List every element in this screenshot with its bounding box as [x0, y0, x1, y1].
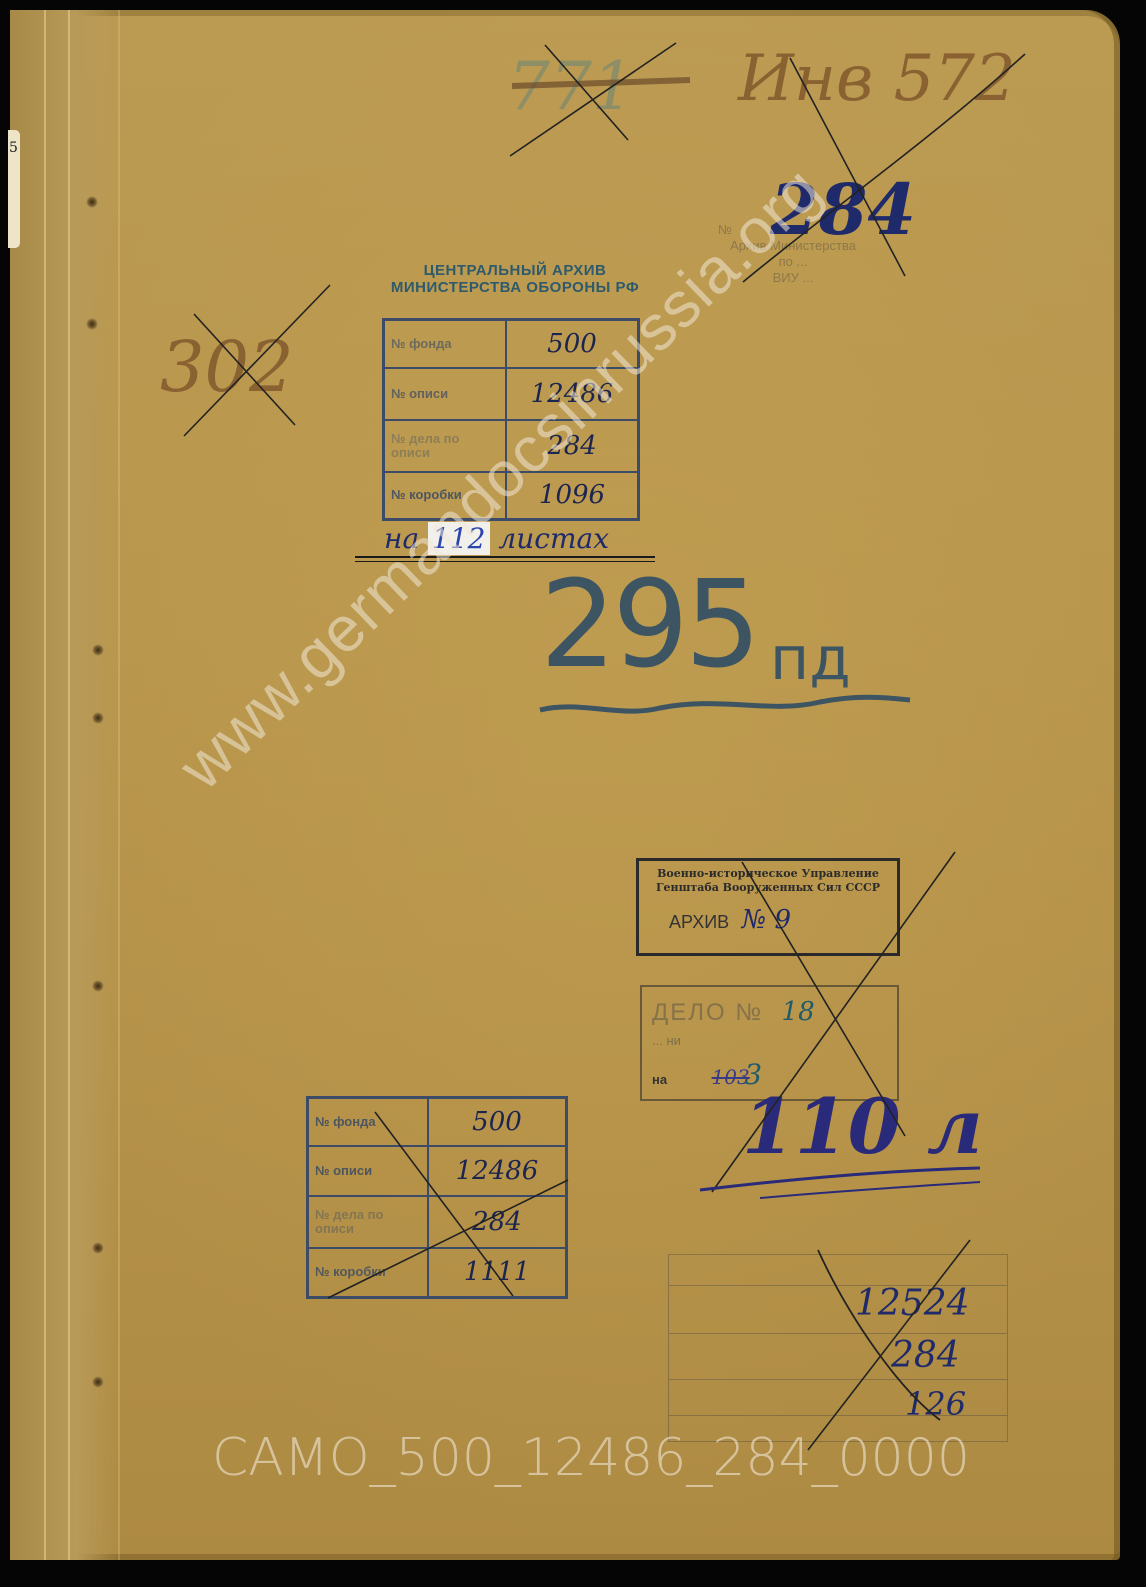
stamp-row: № описи 12486 [308, 1146, 567, 1196]
crossed-pencil-number: 771 [508, 48, 634, 125]
stamp-row: № дела по описи 284 [308, 1196, 567, 1248]
spine-fold-line [68, 10, 70, 1560]
binding-hole [86, 196, 98, 208]
spine-fold-line [118, 10, 120, 1560]
folder-spine [10, 10, 120, 1560]
faded-stamp: 12524 284 126 [668, 1254, 1008, 1442]
binding-hole [92, 644, 104, 656]
spine-label-tab: 5 [8, 130, 20, 248]
binding-hole [92, 980, 104, 992]
sheet-total: 110 л [742, 1082, 983, 1171]
second-archive-stamp-table: № фонда 500 № описи 12486 № дела по опис… [306, 1096, 568, 1299]
document-id-caption: CAMO_500_12486_284_0000 [212, 1428, 970, 1488]
unit-number: 295 [540, 566, 757, 686]
inventory-mark: Инв 572 [738, 42, 1016, 116]
archive-stamp-header: ЦЕНТРАЛЬНЫЙ АРХИВ МИНИСТЕРСТВА ОБОРОНЫ Р… [380, 262, 650, 296]
binding-hole [92, 712, 104, 724]
stamp-row: № фонда 500 [308, 1098, 567, 1146]
crossed-left-number: 302 [160, 326, 294, 408]
binding-hole [92, 1242, 104, 1254]
stamp-row: № коробки 1111 [308, 1248, 567, 1298]
military-history-stamp: Военно-историческое Управление Генштаба … [636, 858, 900, 956]
spine-fold-line [44, 10, 46, 1560]
unit-suffix: пд [770, 624, 851, 694]
binding-hole [86, 318, 98, 330]
binding-hole [92, 1376, 104, 1388]
